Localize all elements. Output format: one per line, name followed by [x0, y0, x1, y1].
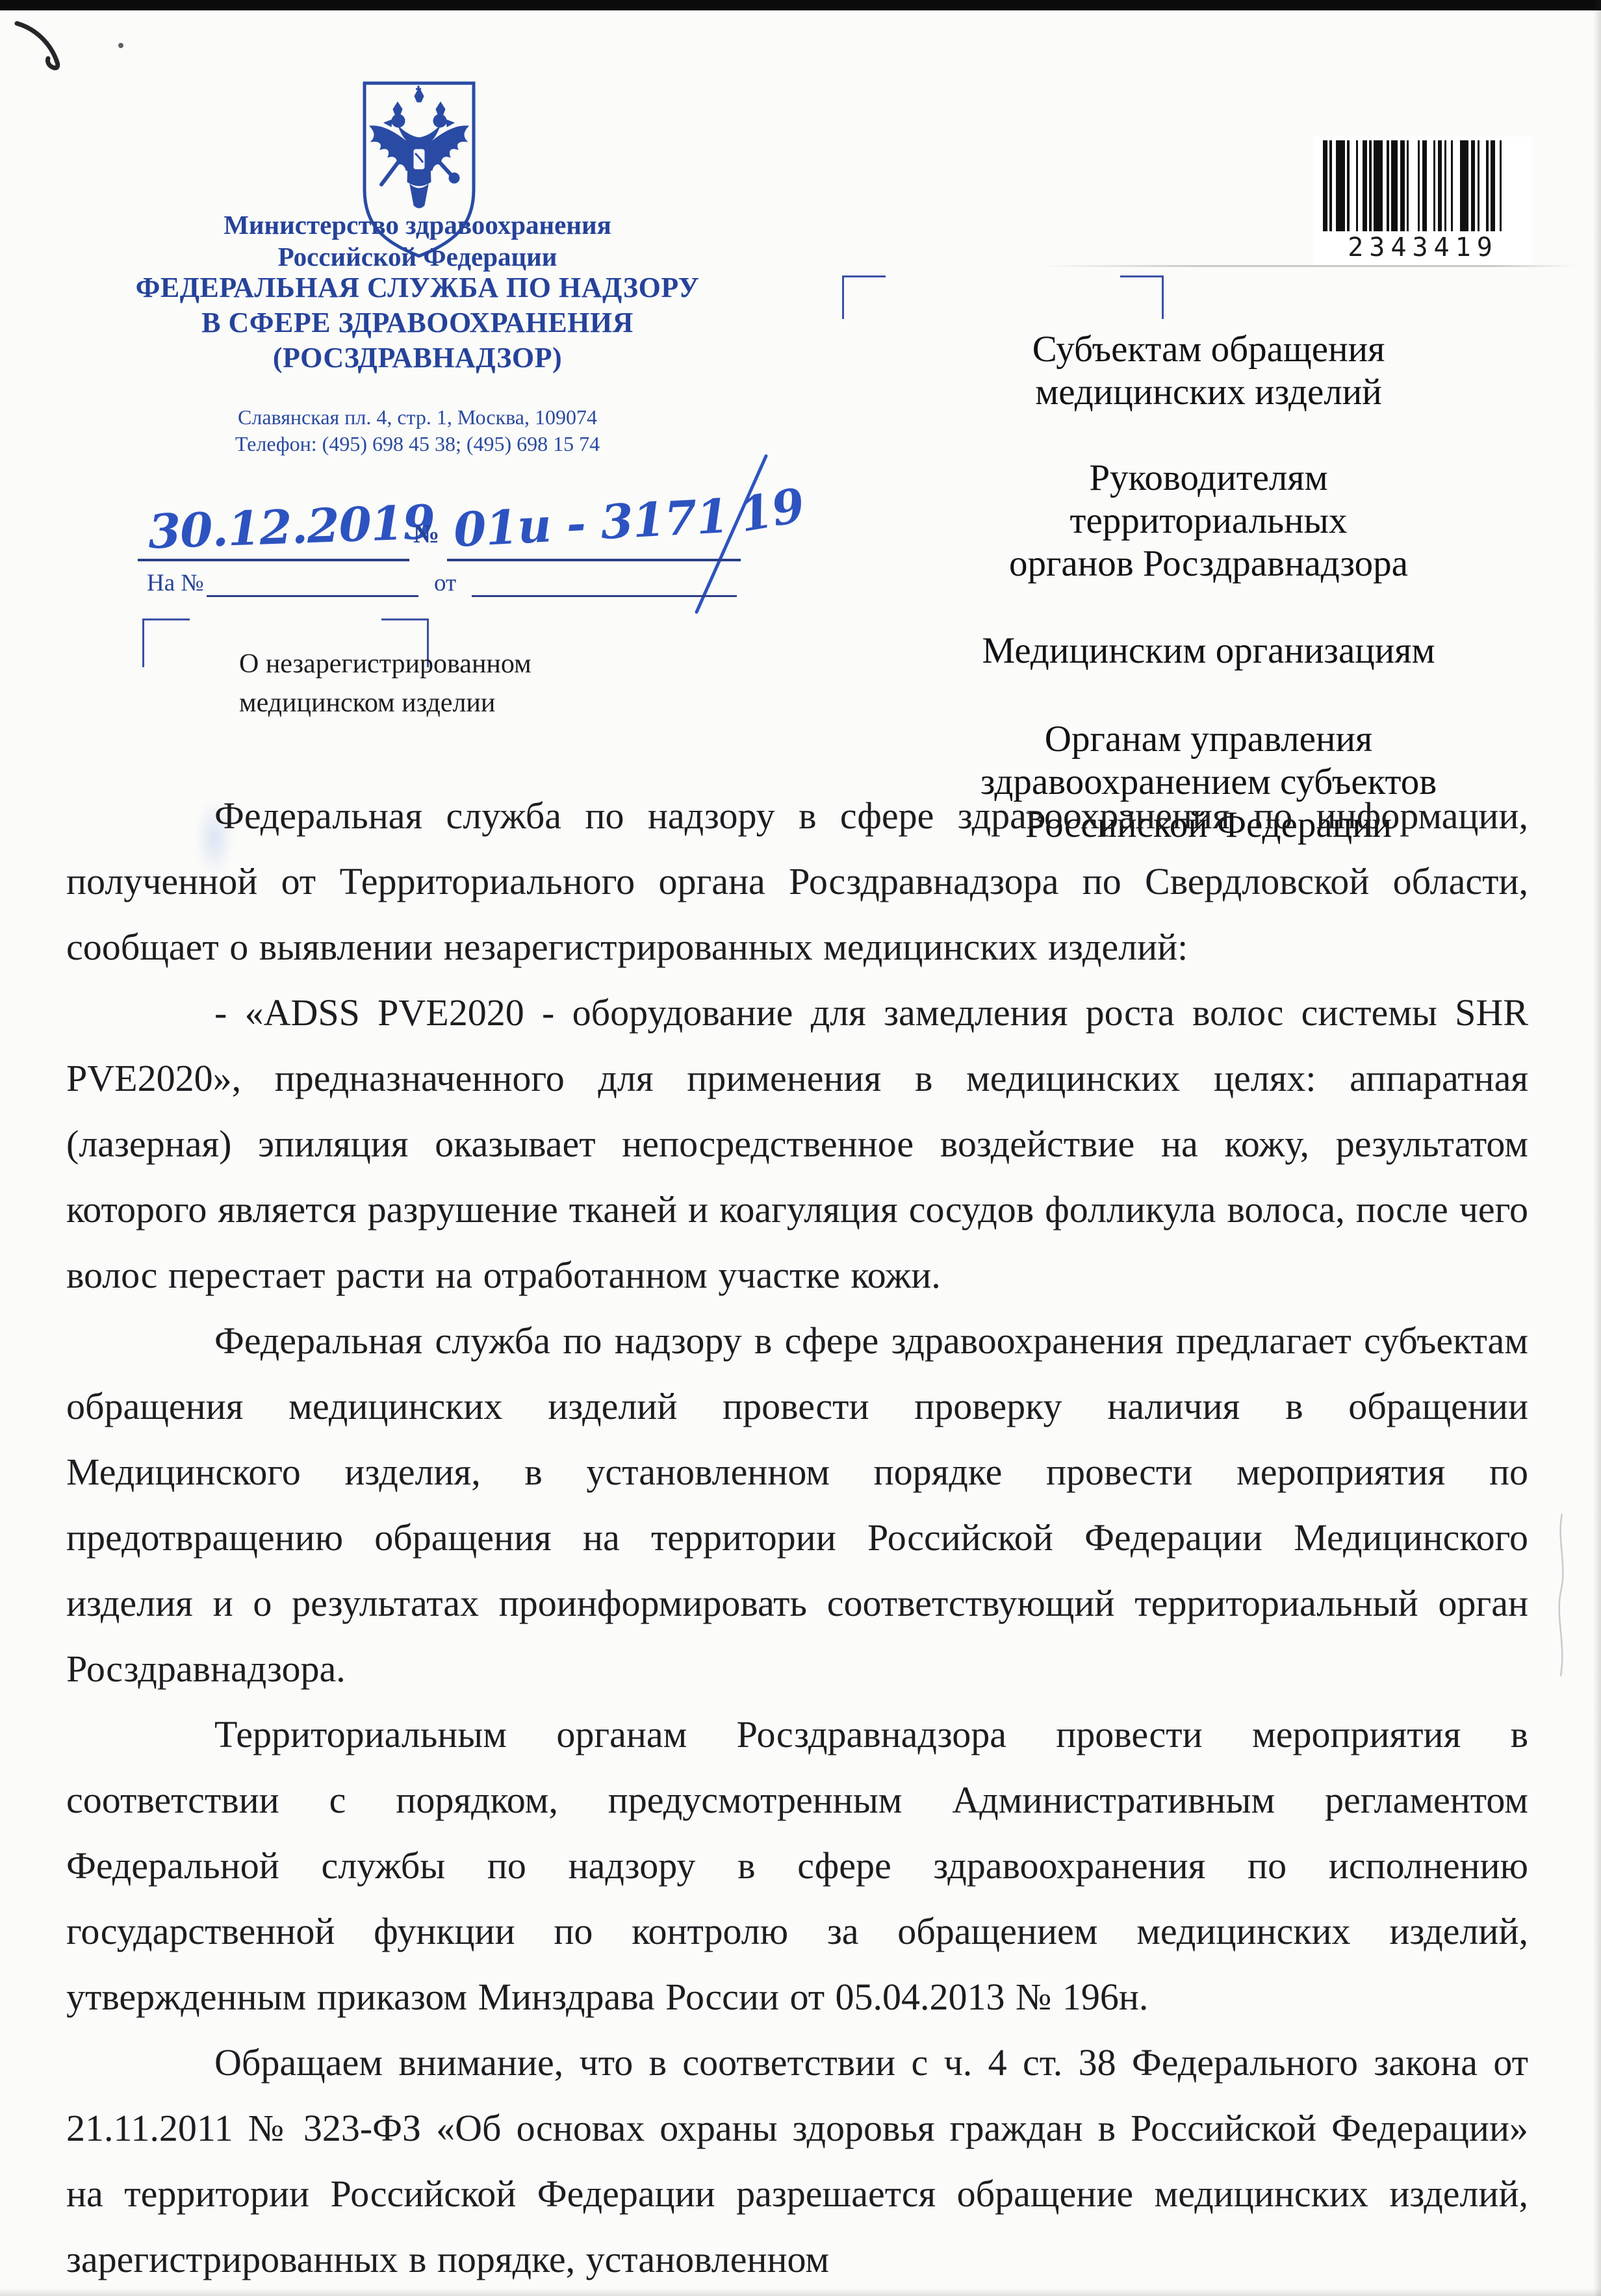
agency-phone: Телефон: (495) 698 45 38; (495) 698 15 7… — [91, 431, 744, 457]
addressee-line: Субъектам обращения — [929, 328, 1488, 371]
addressee-block: Субъектам обращения медицинских изделий … — [929, 328, 1488, 847]
ministry-line: Министерство здравоохранения — [91, 209, 744, 241]
barcode-digits: 2343419 — [1314, 233, 1532, 262]
ministry-title: Министерство здравоохранения Российской … — [91, 209, 744, 273]
addressee-line: территориальных — [929, 500, 1488, 542]
reply-number-underline — [207, 595, 418, 597]
body-paragraph: Обращаем внимание, что в соответствии с … — [66, 2030, 1528, 2292]
scan-edge-top — [0, 0, 1601, 10]
barcode — [1323, 140, 1523, 231]
addressee-line: Медицинским организациям — [929, 630, 1488, 672]
scan-squiggle-artifact — [1549, 1514, 1575, 1683]
addressee-line: медицинских изделий — [929, 371, 1488, 414]
number-underline — [447, 559, 741, 561]
subject-line: медицинском изделии — [239, 683, 532, 722]
pen-mark-artifact — [9, 12, 133, 83]
agency-line: ФЕДЕРАЛЬНАЯ СЛУЖБА ПО НАДЗОРУ — [91, 270, 744, 305]
handwritten-number-suffix: 19 — [735, 477, 808, 542]
subject-block: О незарегистрированном медицинском издел… — [239, 644, 532, 722]
addressee-line: органов Росздравнадзора — [929, 542, 1488, 585]
ministry-line: Российской Федерации — [91, 241, 744, 273]
addressee-group: Субъектам обращения медицинских изделий — [929, 328, 1488, 414]
body-paragraph: - «ADSS PVE2020 - оборудование для замед… — [66, 980, 1528, 1308]
agency-line: В СФЕРЕ ЗДРАВООХРАНЕНИЯ — [91, 305, 744, 340]
date-underline — [138, 559, 409, 561]
barcode-label: 2343419 — [1314, 136, 1532, 265]
subject-line: О незарегистрированном — [239, 644, 532, 683]
addressee-corner-right — [1120, 275, 1164, 319]
agency-address: Славянская пл. 4, стр. 1, Москва, 109074 — [91, 404, 744, 431]
handwritten-number: 01и - 3171 — [452, 488, 730, 557]
fold-line-artifact — [1040, 265, 1576, 267]
subject-corner-left — [142, 619, 190, 667]
body-text: Федеральная служба по надзору в сфере зд… — [66, 783, 1528, 2292]
addressee-group: Руководителям территориальных органов Ро… — [929, 457, 1488, 585]
body-paragraph: Федеральная служба по надзору в сфере зд… — [66, 783, 1528, 980]
addressee-line: Руководителям — [929, 457, 1488, 500]
reply-from-label: от — [434, 569, 456, 597]
handwritten-date: 30.12.2019 — [147, 494, 436, 559]
number-sign-label: № — [413, 518, 439, 549]
addressee-group: Медицинским организациям — [929, 630, 1488, 672]
reply-to-label: На № — [147, 569, 204, 597]
addressee-corner-left — [842, 275, 886, 319]
agency-address-block: Славянская пл. 4, стр. 1, Москва, 109074… — [91, 404, 744, 457]
agency-title: ФЕДЕРАЛЬНАЯ СЛУЖБА ПО НАДЗОРУ В СФЕРЕ ЗД… — [91, 270, 744, 376]
scanned-letter-page: Министерство здравоохранения Российской … — [0, 0, 1601, 2296]
body-paragraph: Федеральная служба по надзору в сфере зд… — [66, 1308, 1528, 1702]
scan-edge-right — [1593, 0, 1601, 2296]
body-paragraph: Территориальным органам Росздравнадзора … — [66, 1702, 1528, 2030]
reply-date-underline — [472, 595, 737, 597]
agency-line: (РОСЗДРАВНАДЗОР) — [91, 340, 744, 376]
addressee-line: Органам управления — [929, 718, 1488, 761]
